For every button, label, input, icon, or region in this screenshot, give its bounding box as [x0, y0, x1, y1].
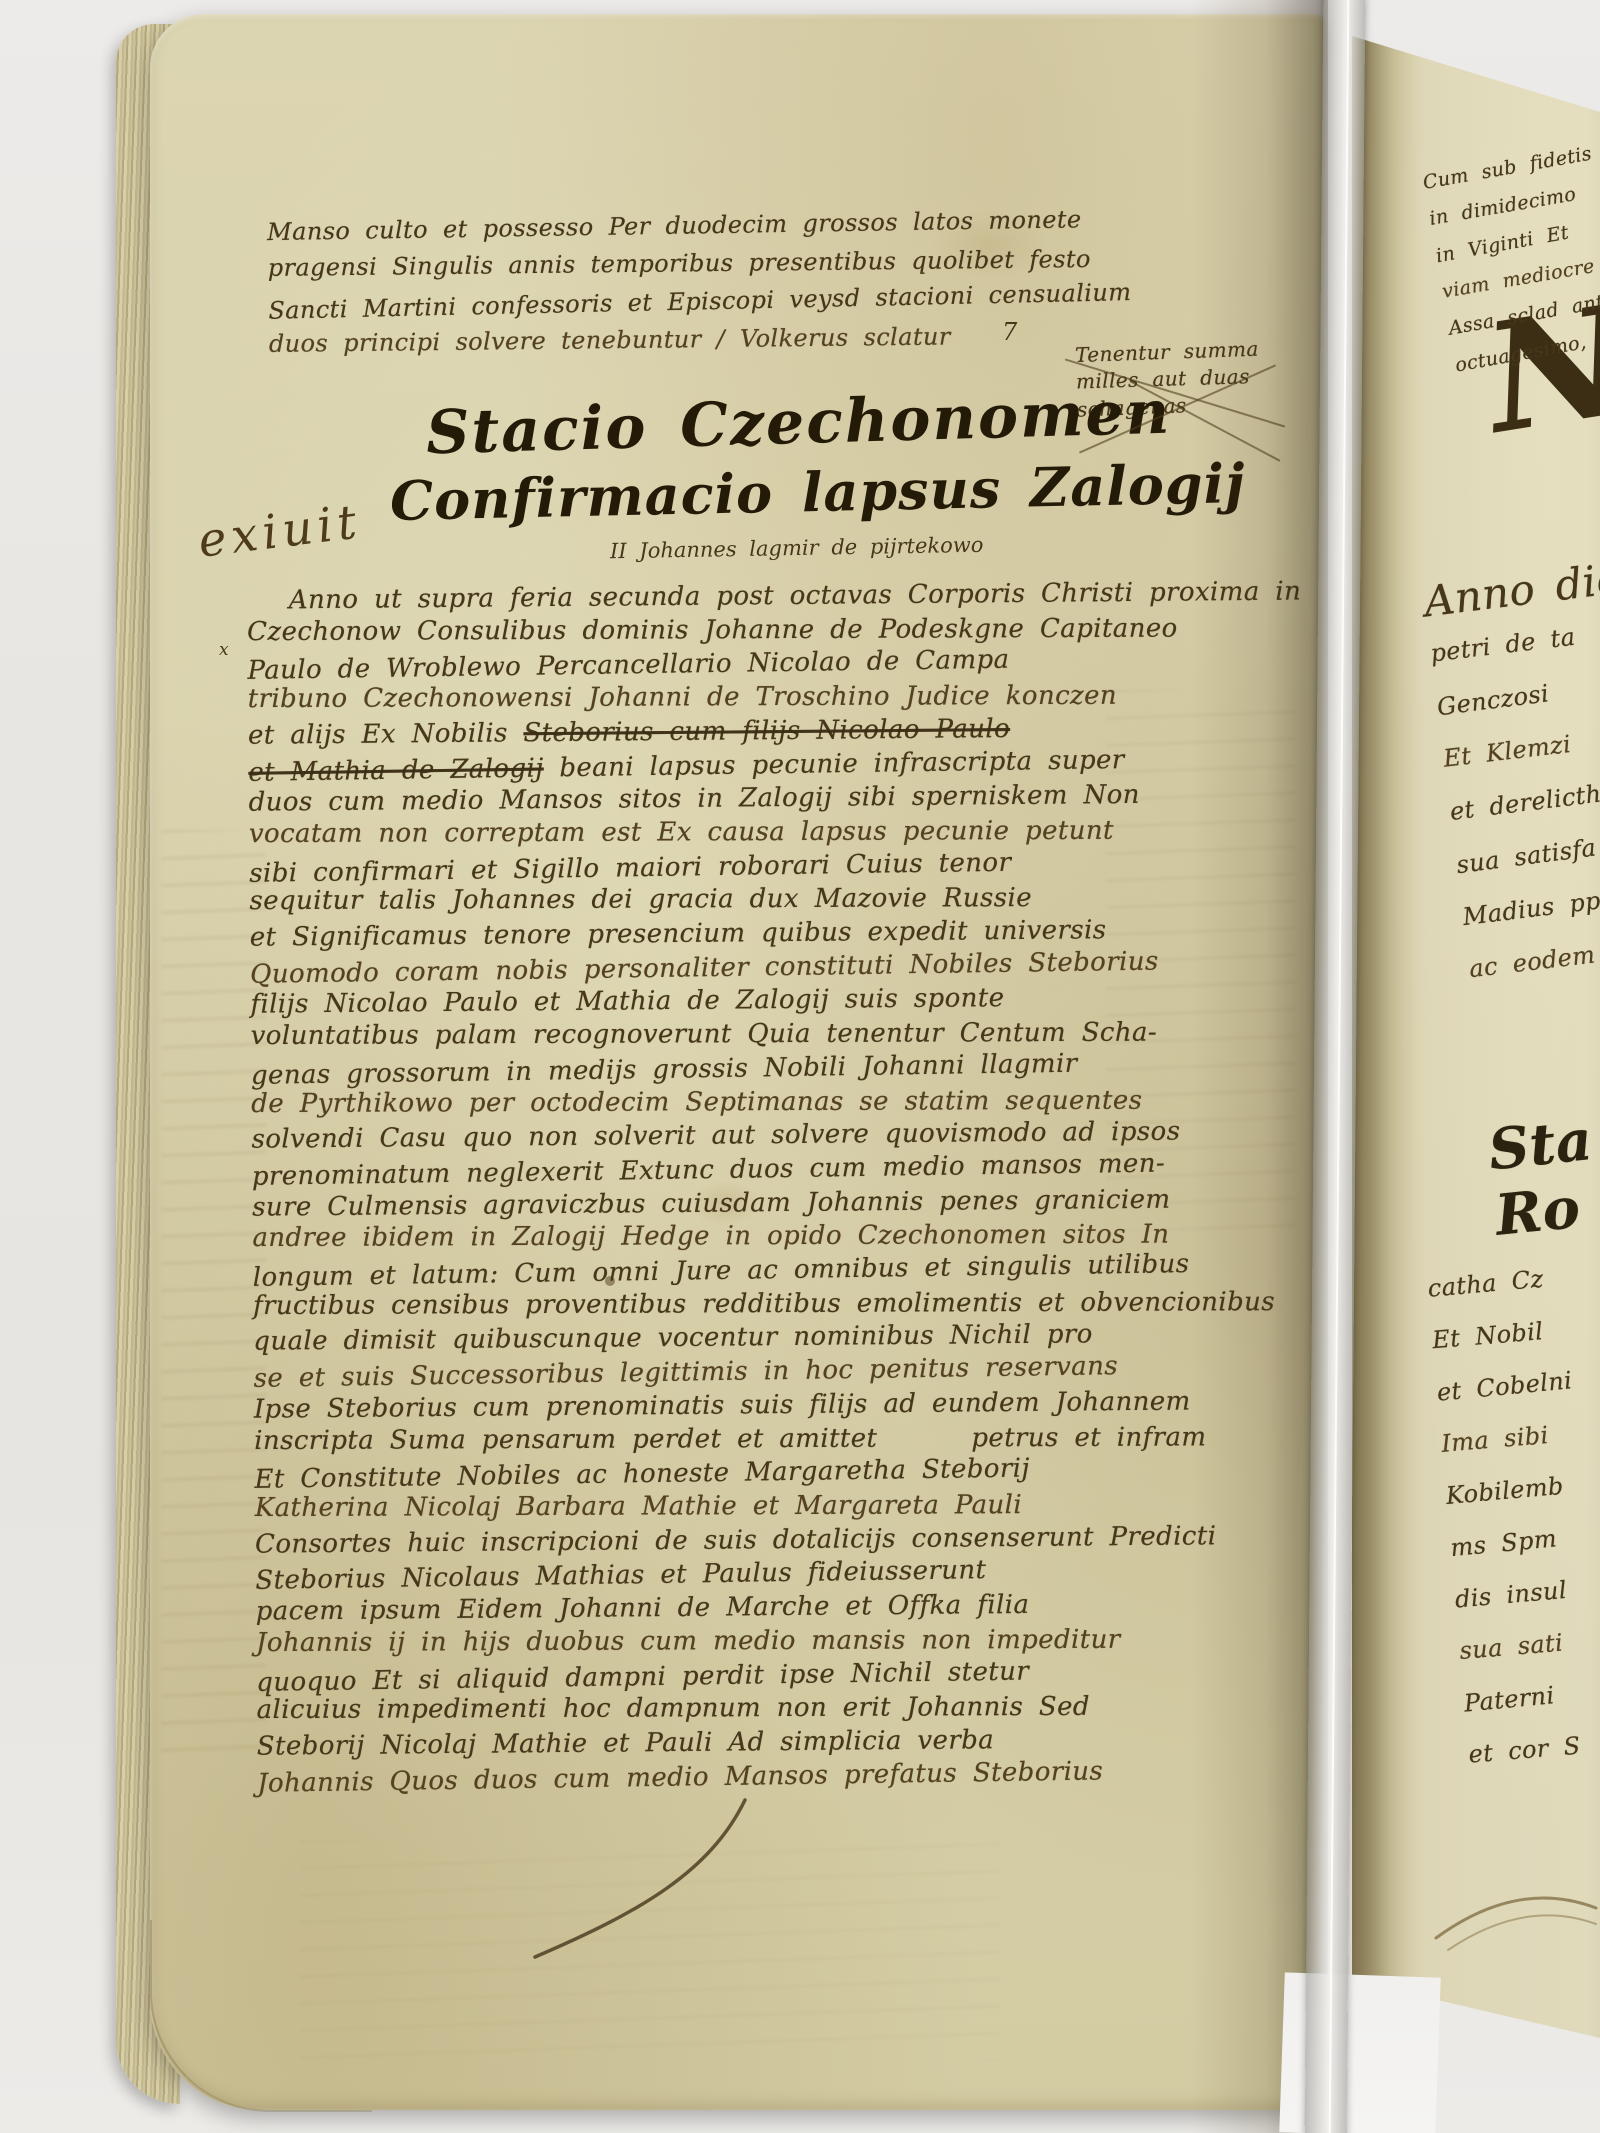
manuscript-photo: Manso culto et possesso Per duodecim gro…	[0, 0, 1600, 2133]
text-segment: de Pyrthikowo per octodecim Septimanas s…	[251, 1085, 1142, 1118]
pen-flourish	[520, 1792, 760, 1972]
marginal-mark-seven: 7	[1002, 318, 1017, 346]
text-segment: vocatam non correptam est Ex causa lapsu…	[249, 816, 1114, 849]
text-segment: inscripta Suma pensarum perdet et amitte…	[254, 1422, 1206, 1456]
text-segment: alicuius impedimenti hoc dampnum non eri…	[257, 1692, 1090, 1725]
manuscript-line: sequitur talis Johannes dei gracia dux M…	[249, 881, 1319, 919]
margin-mark-cross: x	[219, 640, 229, 660]
manuscript-line: et cor S	[1466, 1718, 1600, 1781]
text-segment: Steborij Nicolaj Mathie et Pauli Ad simp…	[257, 1725, 994, 1761]
text-segment: beani lapsus pecunie infrascripta super	[543, 745, 1124, 784]
struck-segment: Steborius cum filijs Nicolao Paulo	[523, 714, 1010, 748]
heading-line: Sta	[1485, 1107, 1595, 1183]
text-segment: Czechonow Consulibus dominis Johanne de …	[247, 613, 1178, 647]
text-segment: Johannis ij in hijs duobus cum medio man…	[256, 1625, 1121, 1658]
backdrop-wedge	[1279, 1972, 1440, 2133]
manuscript-line: fructibus censibus proventibus redditibu…	[253, 1286, 1323, 1324]
manuscript-line: alicuius impedimenti hoc dampnum non eri…	[256, 1690, 1326, 1728]
text-segment: Anno ut supra feria secunda post octavas…	[289, 576, 1302, 615]
manuscript-line: de Pyrthikowo per octodecim Septimanas s…	[251, 1083, 1321, 1121]
text-segment: Katherina Nicolaj Barbara Mathie et Marg…	[255, 1490, 1022, 1523]
heading-line: Ro	[1492, 1173, 1600, 1249]
text-segment: sequitur talis Johannes dei gracia dux M…	[249, 883, 1032, 916]
text-segment: et alijs Ex Nobilis	[248, 718, 524, 750]
pen-flourish	[1430, 1872, 1600, 1962]
main-text-block: Anno ut supra feria secunda post octavas…	[247, 575, 1328, 1798]
manuscript-line: Ima sibi	[1439, 1407, 1578, 1470]
right-page-heading-fragment: StaRo	[1485, 1107, 1600, 1249]
text-segment: voluntatibus palam recognoverunt Quia te…	[251, 1018, 1158, 1051]
manuscript-line: Katherina Nicolaj Barbara Mathie et Marg…	[255, 1488, 1325, 1526]
text-segment: et Significamus tenore presencium quibus…	[250, 915, 1107, 952]
text-segment: fructibus censibus proventibus redditibu…	[253, 1287, 1275, 1321]
text-segment: tribuno Czechonowensi Johanni de Troschi…	[248, 681, 1117, 714]
text-segment: andree ibidem in Zalogij Hedge in opido …	[252, 1220, 1169, 1254]
manuscript-line: tribuno Czechonowensi Johanni de Troschi…	[248, 679, 1318, 717]
top-paragraph: Manso culto et possesso Per duodecim gro…	[267, 199, 1169, 365]
struck-segment: et Mathia de Zalogij	[248, 753, 544, 787]
